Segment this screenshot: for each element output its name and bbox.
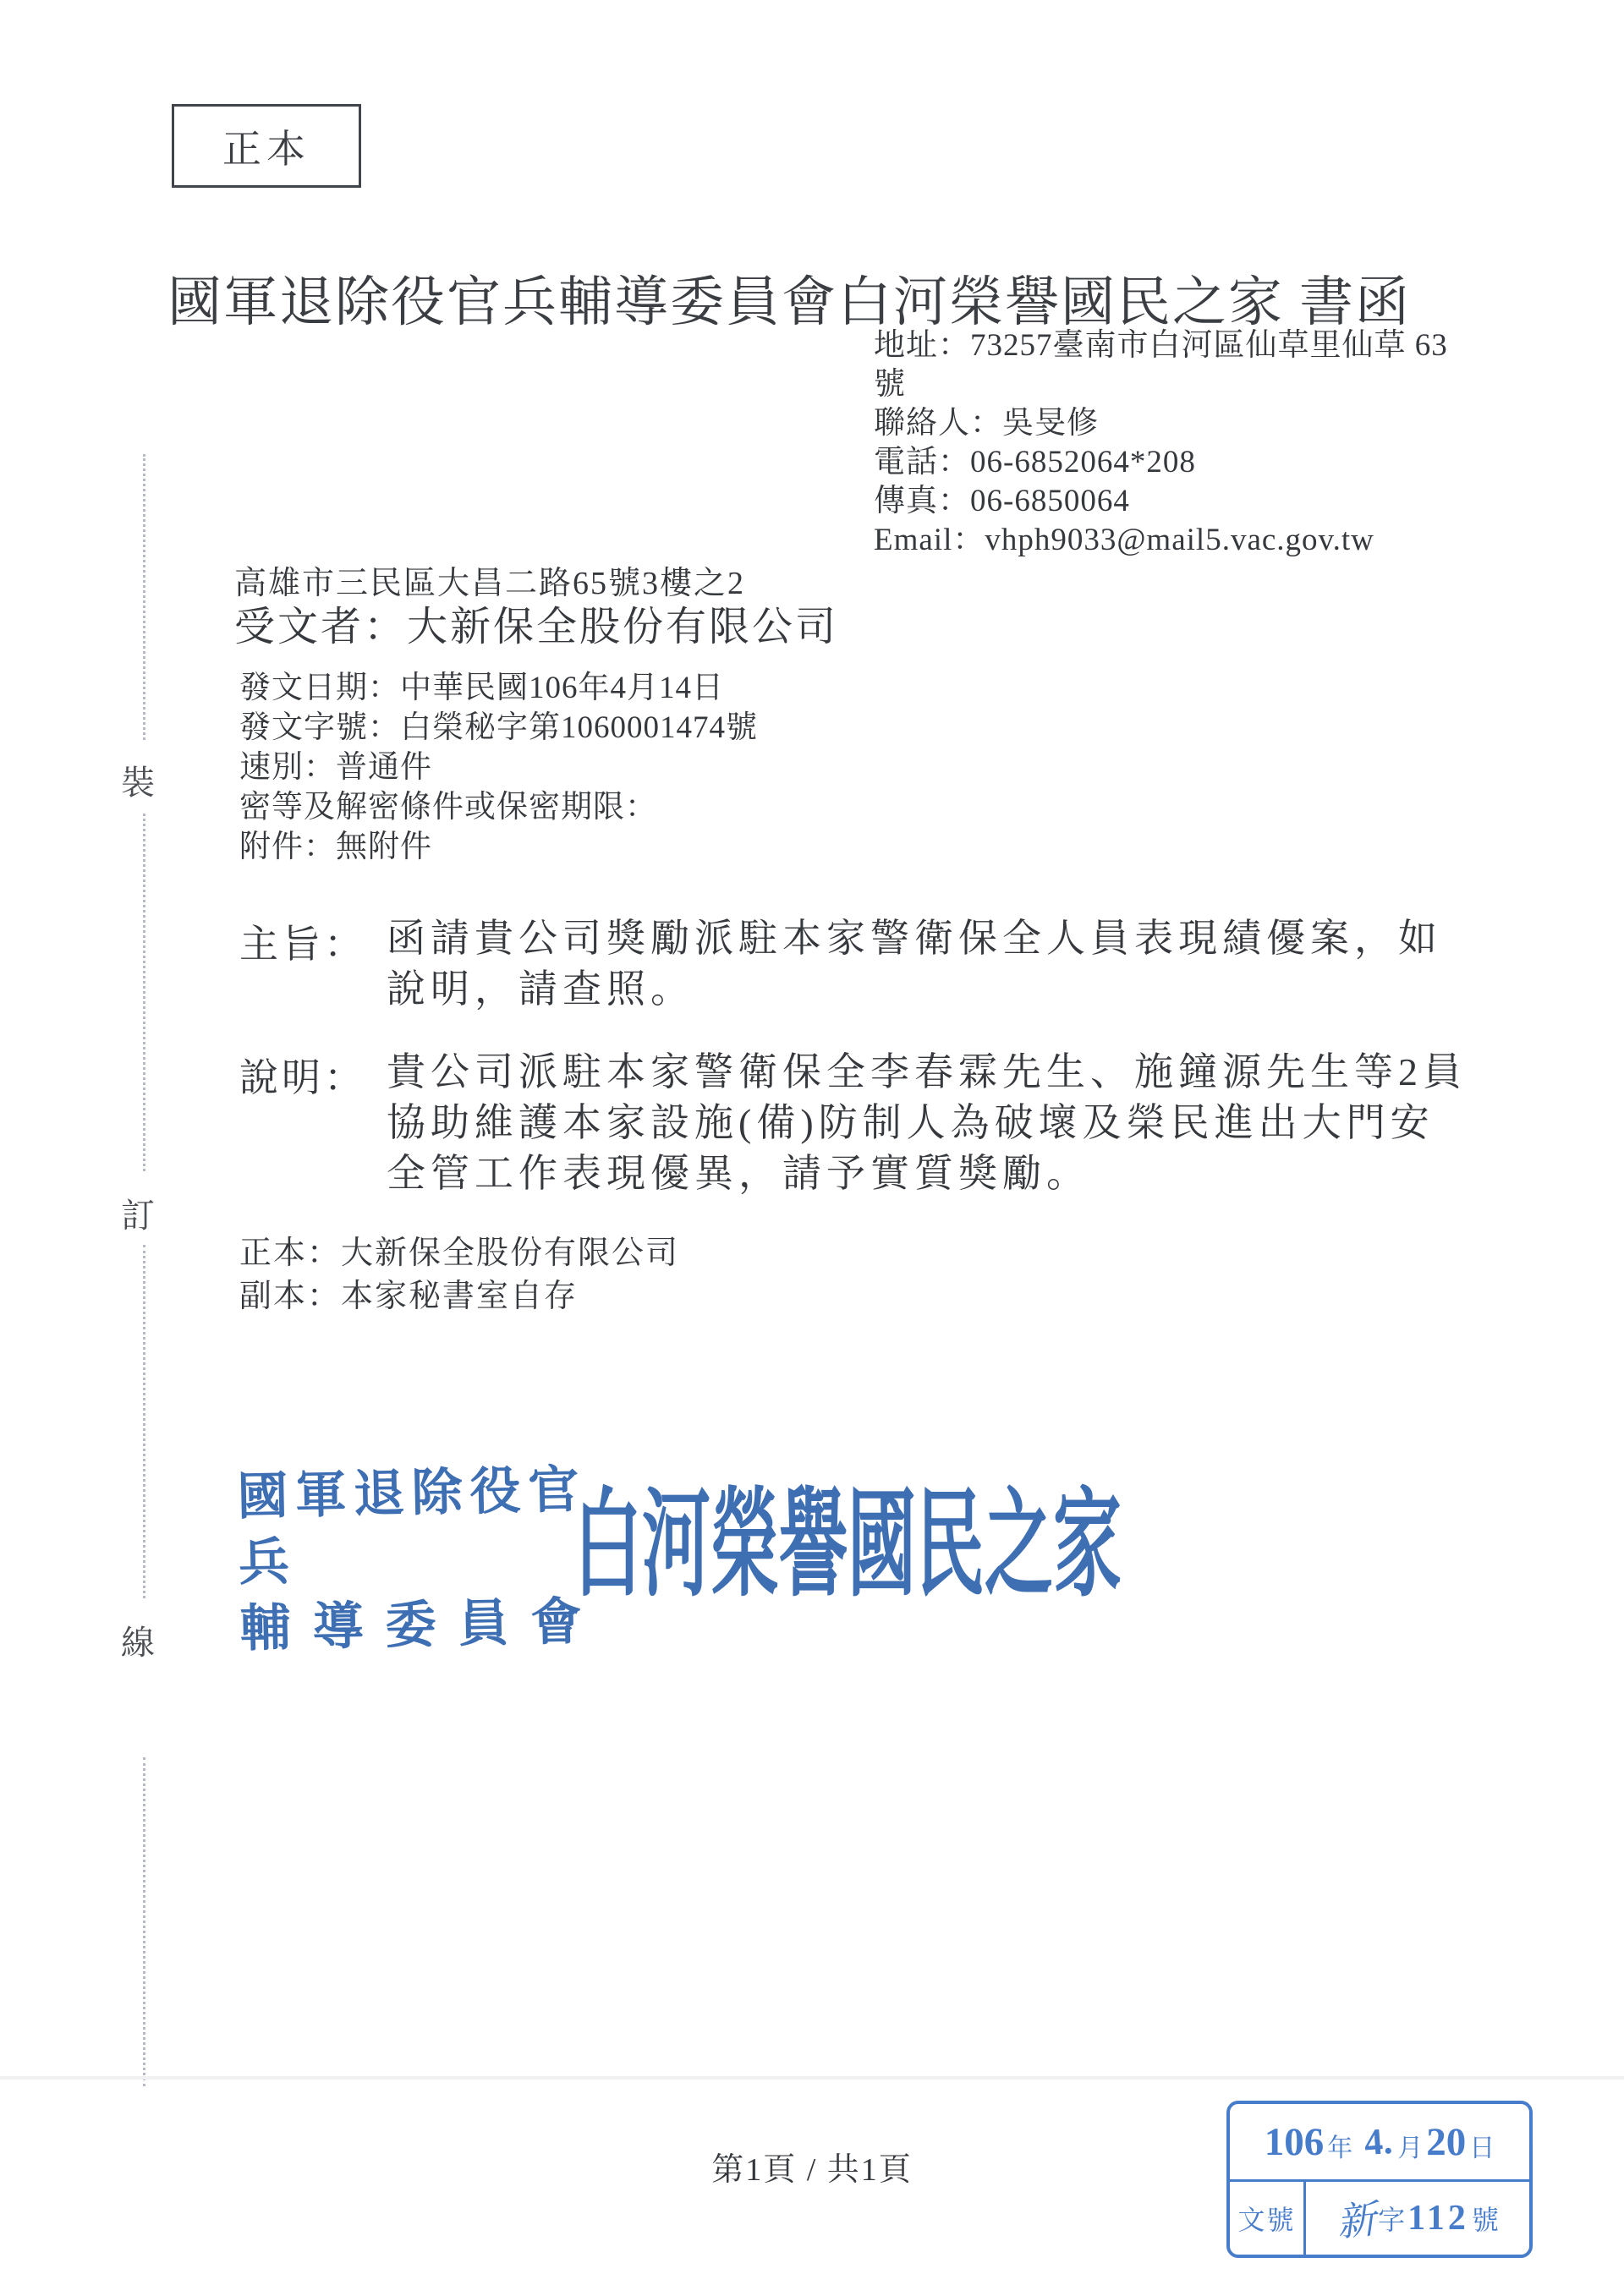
scanned-official-letter: 正本 國軍退除役官兵輔導委員會白河榮譽國民之家 書函 地址：73257臺南市白河… bbox=[0, 0, 1624, 2296]
document-title: 國軍退除役官兵輔導委員會白河榮譽國民之家 書函 bbox=[167, 259, 1411, 337]
agency-seal-small-line2: 輔導委員會 bbox=[239, 1589, 583, 1662]
binding-mark-ding: 訂 bbox=[121, 1189, 155, 1237]
received-day: 20 bbox=[1426, 2119, 1466, 2165]
recipient-name: 受文者：大新保全股份有限公司 bbox=[234, 594, 838, 652]
received-ref-handwritten: 新 bbox=[1334, 2189, 1379, 2248]
attachment-note: 附件：無附件 bbox=[239, 827, 758, 867]
binding-mark-zhuang: 裝 bbox=[121, 756, 155, 804]
document-meta-block: 發文日期：中華民國106年4月14日 發文字號：白榮秘字第1060001474號… bbox=[239, 668, 758, 867]
sender-contact-block: 地址：73257臺南市白河區仙草里仙草 63 號 聯絡人：吳旻修 電話：06-6… bbox=[874, 326, 1448, 560]
subject-paragraph: 主旨： 函請貴公司獎勵派駐本家警衛保全人員表現績優案，如 說明，請查照。 bbox=[239, 913, 1442, 1015]
binding-dotted-line bbox=[143, 454, 145, 740]
sender-address-line2: 號 bbox=[874, 365, 1448, 404]
description-line: 全管工作表現優異，請予實質獎勵。 bbox=[387, 1148, 1467, 1199]
received-stamp-number-row: 文號 新 字 112 號 bbox=[1230, 2179, 1529, 2255]
speed-class: 速別：普通件 bbox=[239, 748, 758, 787]
sender-fax: 傳真：06-6850064 bbox=[874, 482, 1448, 521]
received-year: 106 bbox=[1265, 2119, 1325, 2165]
subject-line: 函請貴公司獎勵派駐本家警衛保全人員表現績優案，如 bbox=[387, 913, 1442, 964]
received-date-stamp: 106 年 4. 月 20 日 文號 新 字 112 號 bbox=[1226, 2101, 1533, 2258]
agency-seal-large-text: 白河榮譽國民之家 bbox=[573, 1451, 1122, 1620]
agency-seal-small-line1: 國軍退除役官兵 bbox=[237, 1457, 581, 1596]
secrecy-class: 密等及解密條件或保密期限： bbox=[239, 787, 758, 827]
received-ref-number: 112 bbox=[1407, 2198, 1469, 2238]
issue-number: 發文字號：白榮秘字第1060001474號 bbox=[239, 708, 758, 748]
description-line: 協助維護本家設施(備)防制人為破壞及榮民進出大門安 bbox=[387, 1098, 1467, 1148]
received-month: 4. bbox=[1363, 2119, 1394, 2164]
sender-email: Email：vhph9033@mail5.vac.gov.tw bbox=[874, 521, 1448, 560]
received-stamp-date-row: 106 年 4. 月 20 日 bbox=[1230, 2104, 1529, 2179]
subject-line: 說明，請查照。 bbox=[387, 964, 1442, 1015]
binding-dotted-line bbox=[143, 1245, 145, 1598]
binding-mark-xian: 線 bbox=[121, 1616, 155, 1664]
received-number-label: 文號 bbox=[1230, 2182, 1306, 2255]
sender-phone: 電話：06-6852064*208 bbox=[874, 443, 1448, 482]
description-line: 貴公司派駐本家警衛保全李春霖先生、施鐘源先生等2員 bbox=[387, 1047, 1467, 1098]
binding-dotted-line bbox=[143, 1757, 145, 2086]
received-ref-word: 字 bbox=[1378, 2199, 1405, 2238]
description-paragraph: 說明： 貴公司派駐本家警衛保全李春霖先生、施鐘源先生等2員 協助維護本家設施(備… bbox=[239, 1047, 1467, 1199]
subject-label: 主旨： bbox=[239, 913, 366, 969]
scan-artifact-line bbox=[0, 2076, 1624, 2080]
agency-seal-small-text: 國軍退除役官兵 輔導委員會 bbox=[237, 1457, 583, 1662]
received-day-unit: 日 bbox=[1469, 2120, 1495, 2164]
distribution-original: 正本：大新保全股份有限公司 bbox=[239, 1226, 679, 1273]
received-number-value: 新 字 112 號 bbox=[1306, 2182, 1529, 2255]
copy-type-label: 正本 bbox=[222, 118, 310, 174]
received-ref-suffix: 號 bbox=[1472, 2199, 1499, 2238]
sender-contact-person: 聯絡人：吳旻修 bbox=[874, 404, 1448, 443]
copy-type-box: 正本 bbox=[172, 104, 361, 188]
distribution-copy: 副本：本家秘書室自存 bbox=[239, 1269, 578, 1316]
binding-dotted-line bbox=[143, 814, 145, 1171]
received-month-unit: 月 bbox=[1397, 2120, 1423, 2164]
sender-address-line1: 地址：73257臺南市白河區仙草里仙草 63 bbox=[874, 326, 1448, 365]
issue-date: 發文日期：中華民國106年4月14日 bbox=[239, 668, 758, 708]
received-year-unit: 年 bbox=[1327, 2120, 1352, 2164]
description-label: 說明： bbox=[239, 1047, 366, 1103]
